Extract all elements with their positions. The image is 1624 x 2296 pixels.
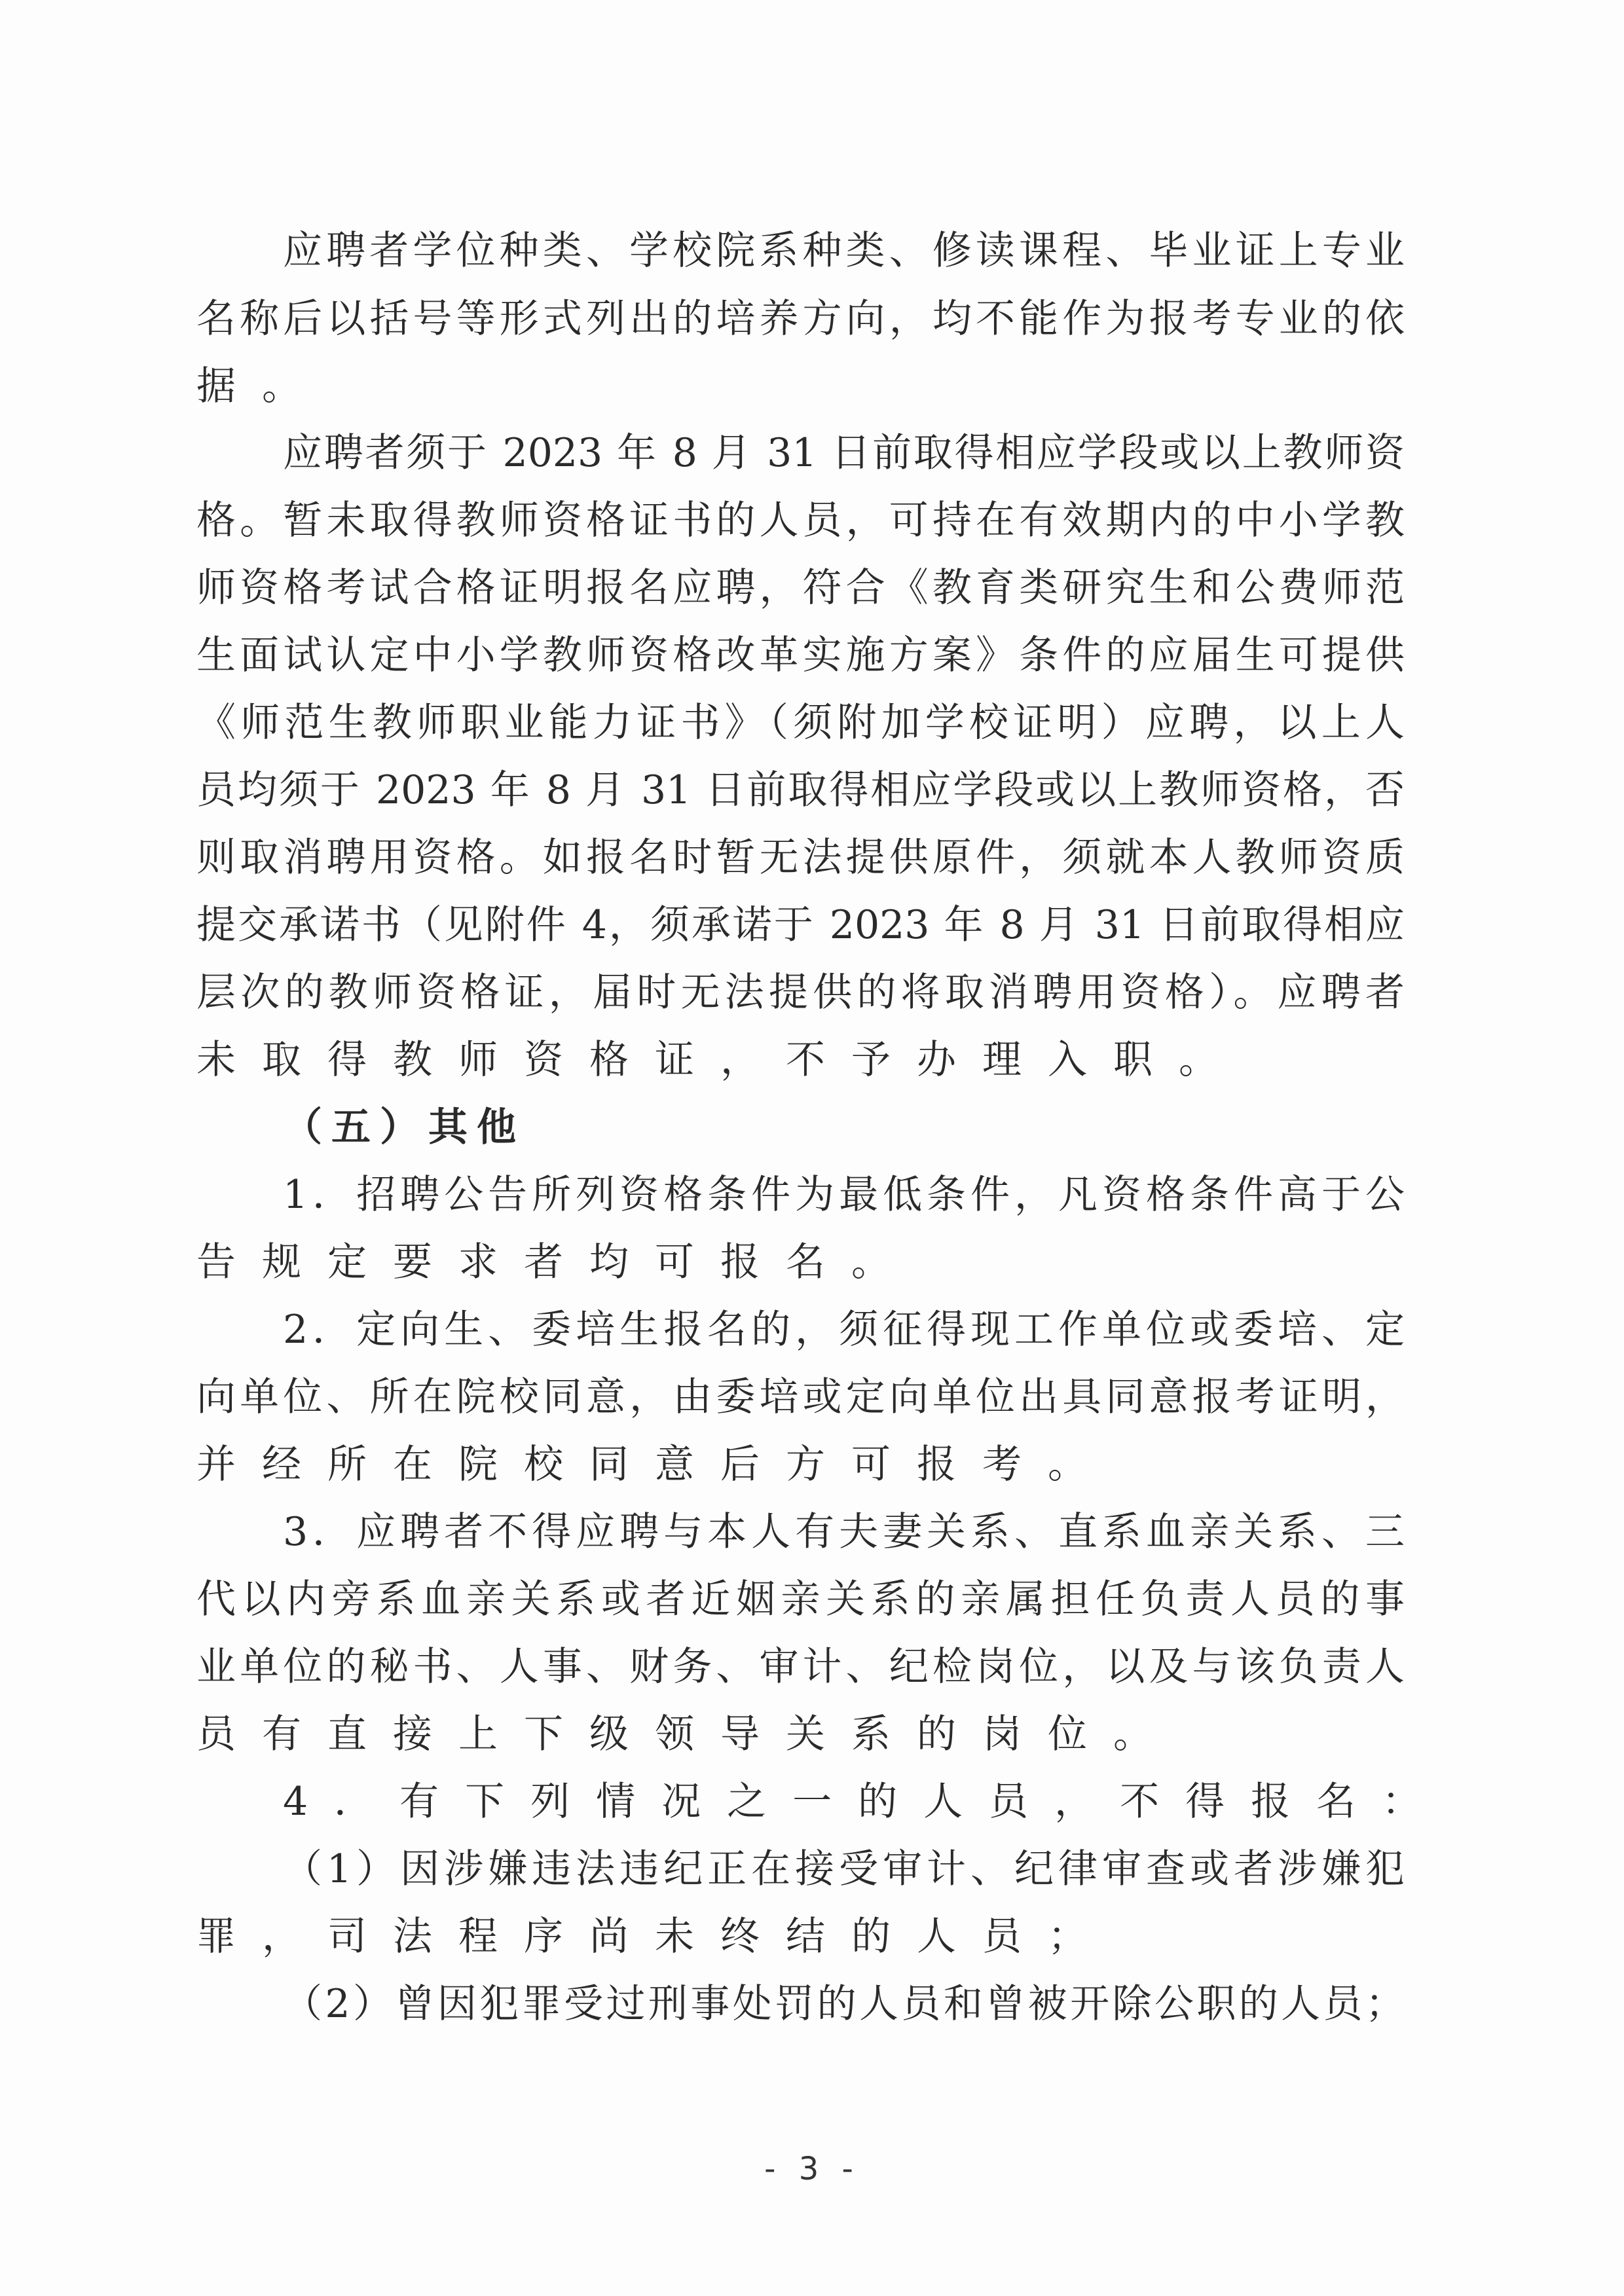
paragraph-line: 提交承诺书（见附件 4，须承诺于 2023 年 8 月 31 日前取得相应 — [196, 899, 1405, 951]
list-item-line: 1．招聘公告所列资格条件为最低条件，凡资格条件高于公 — [283, 1169, 1405, 1221]
list-item-line: 告规定要求者均可报名。 — [196, 1236, 1405, 1288]
sub-item-line: （2）曾因犯罪受过刑事处罚的人员和曾被开除公职的人员； — [283, 1978, 1405, 2030]
list-item-line: 4．有下列情况之一的人员，不得报名： — [283, 1776, 1405, 1828]
section-heading: （五）其他 — [283, 1101, 1405, 1154]
paragraph-line: 格。暂未取得教师资格证书的人员，可持在有效期内的中小学教 — [196, 494, 1405, 547]
list-item-line: 向单位、所在院校同意，由委培或定向单位出具同意报考证明， — [196, 1371, 1405, 1423]
paragraph-line: 名称后以括号等形式列出的培养方向，均不能作为报考专业的依 — [196, 293, 1405, 345]
list-item-line: 并经所在院校同意后方可报考。 — [196, 1438, 1405, 1491]
list-item-line: 代以内旁系血亲关系或者近姻亲关系的亲属担任负责人员的事 — [196, 1573, 1405, 1626]
paragraph-line: 未取得教师资格证，不予办理入职。 — [196, 1034, 1405, 1086]
paragraph-line: 生面试认定中小学教师资格改革实施方案》条件的应届生可提供 — [196, 629, 1405, 682]
list-item-line: 员有直接上下级领导关系的岗位。 — [196, 1708, 1405, 1760]
paragraph-line: 员均须于 2023 年 8 月 31 日前取得相应学段或以上教师资格，否 — [196, 764, 1405, 816]
sub-item-line: （1）因涉嫌违法违纪正在接受审计、纪律审查或者涉嫌犯 — [283, 1843, 1405, 1895]
paragraph-line: 应聘者须于 2023 年 8 月 31 日前取得相应学段或以上教师资 — [283, 427, 1405, 479]
page-number: - 3 - — [0, 2151, 1624, 2187]
list-item-line: 2．定向生、委培生报名的，须征得现工作单位或委培、定 — [283, 1303, 1405, 1356]
paragraph-line: 据。 — [196, 360, 1405, 412]
paragraph-line: 应聘者学位种类、学校院系种类、修读课程、毕业证上专业 — [283, 225, 1405, 277]
paragraph-line: 《师范生教师职业能力证书》（须附加学校证明）应聘，以上人 — [196, 697, 1405, 749]
list-item-line: 3．应聘者不得应聘与本人有夫妻关系、直系血亲关系、三 — [283, 1506, 1405, 1558]
paragraph-line: 层次的教师资格证，届时无法提供的将取消聘用资格）。应聘者 — [196, 966, 1405, 1019]
paragraph-line: 师资格考试合格证明报名应聘，符合《教育类研究生和公费师范 — [196, 562, 1405, 614]
document-page: 应聘者学位种类、学校院系种类、修读课程、毕业证上专业 名称后以括号等形式列出的培… — [0, 0, 1624, 2296]
sub-item-line: 罪，司法程序尚未终结的人员； — [196, 1910, 1405, 1963]
paragraph-line: 则取消聘用资格。如报名时暂无法提供原件，须就本人教师资质 — [196, 831, 1405, 884]
list-item-line: 业单位的秘书、人事、财务、审计、纪检岗位，以及与该负责人 — [196, 1641, 1405, 1693]
